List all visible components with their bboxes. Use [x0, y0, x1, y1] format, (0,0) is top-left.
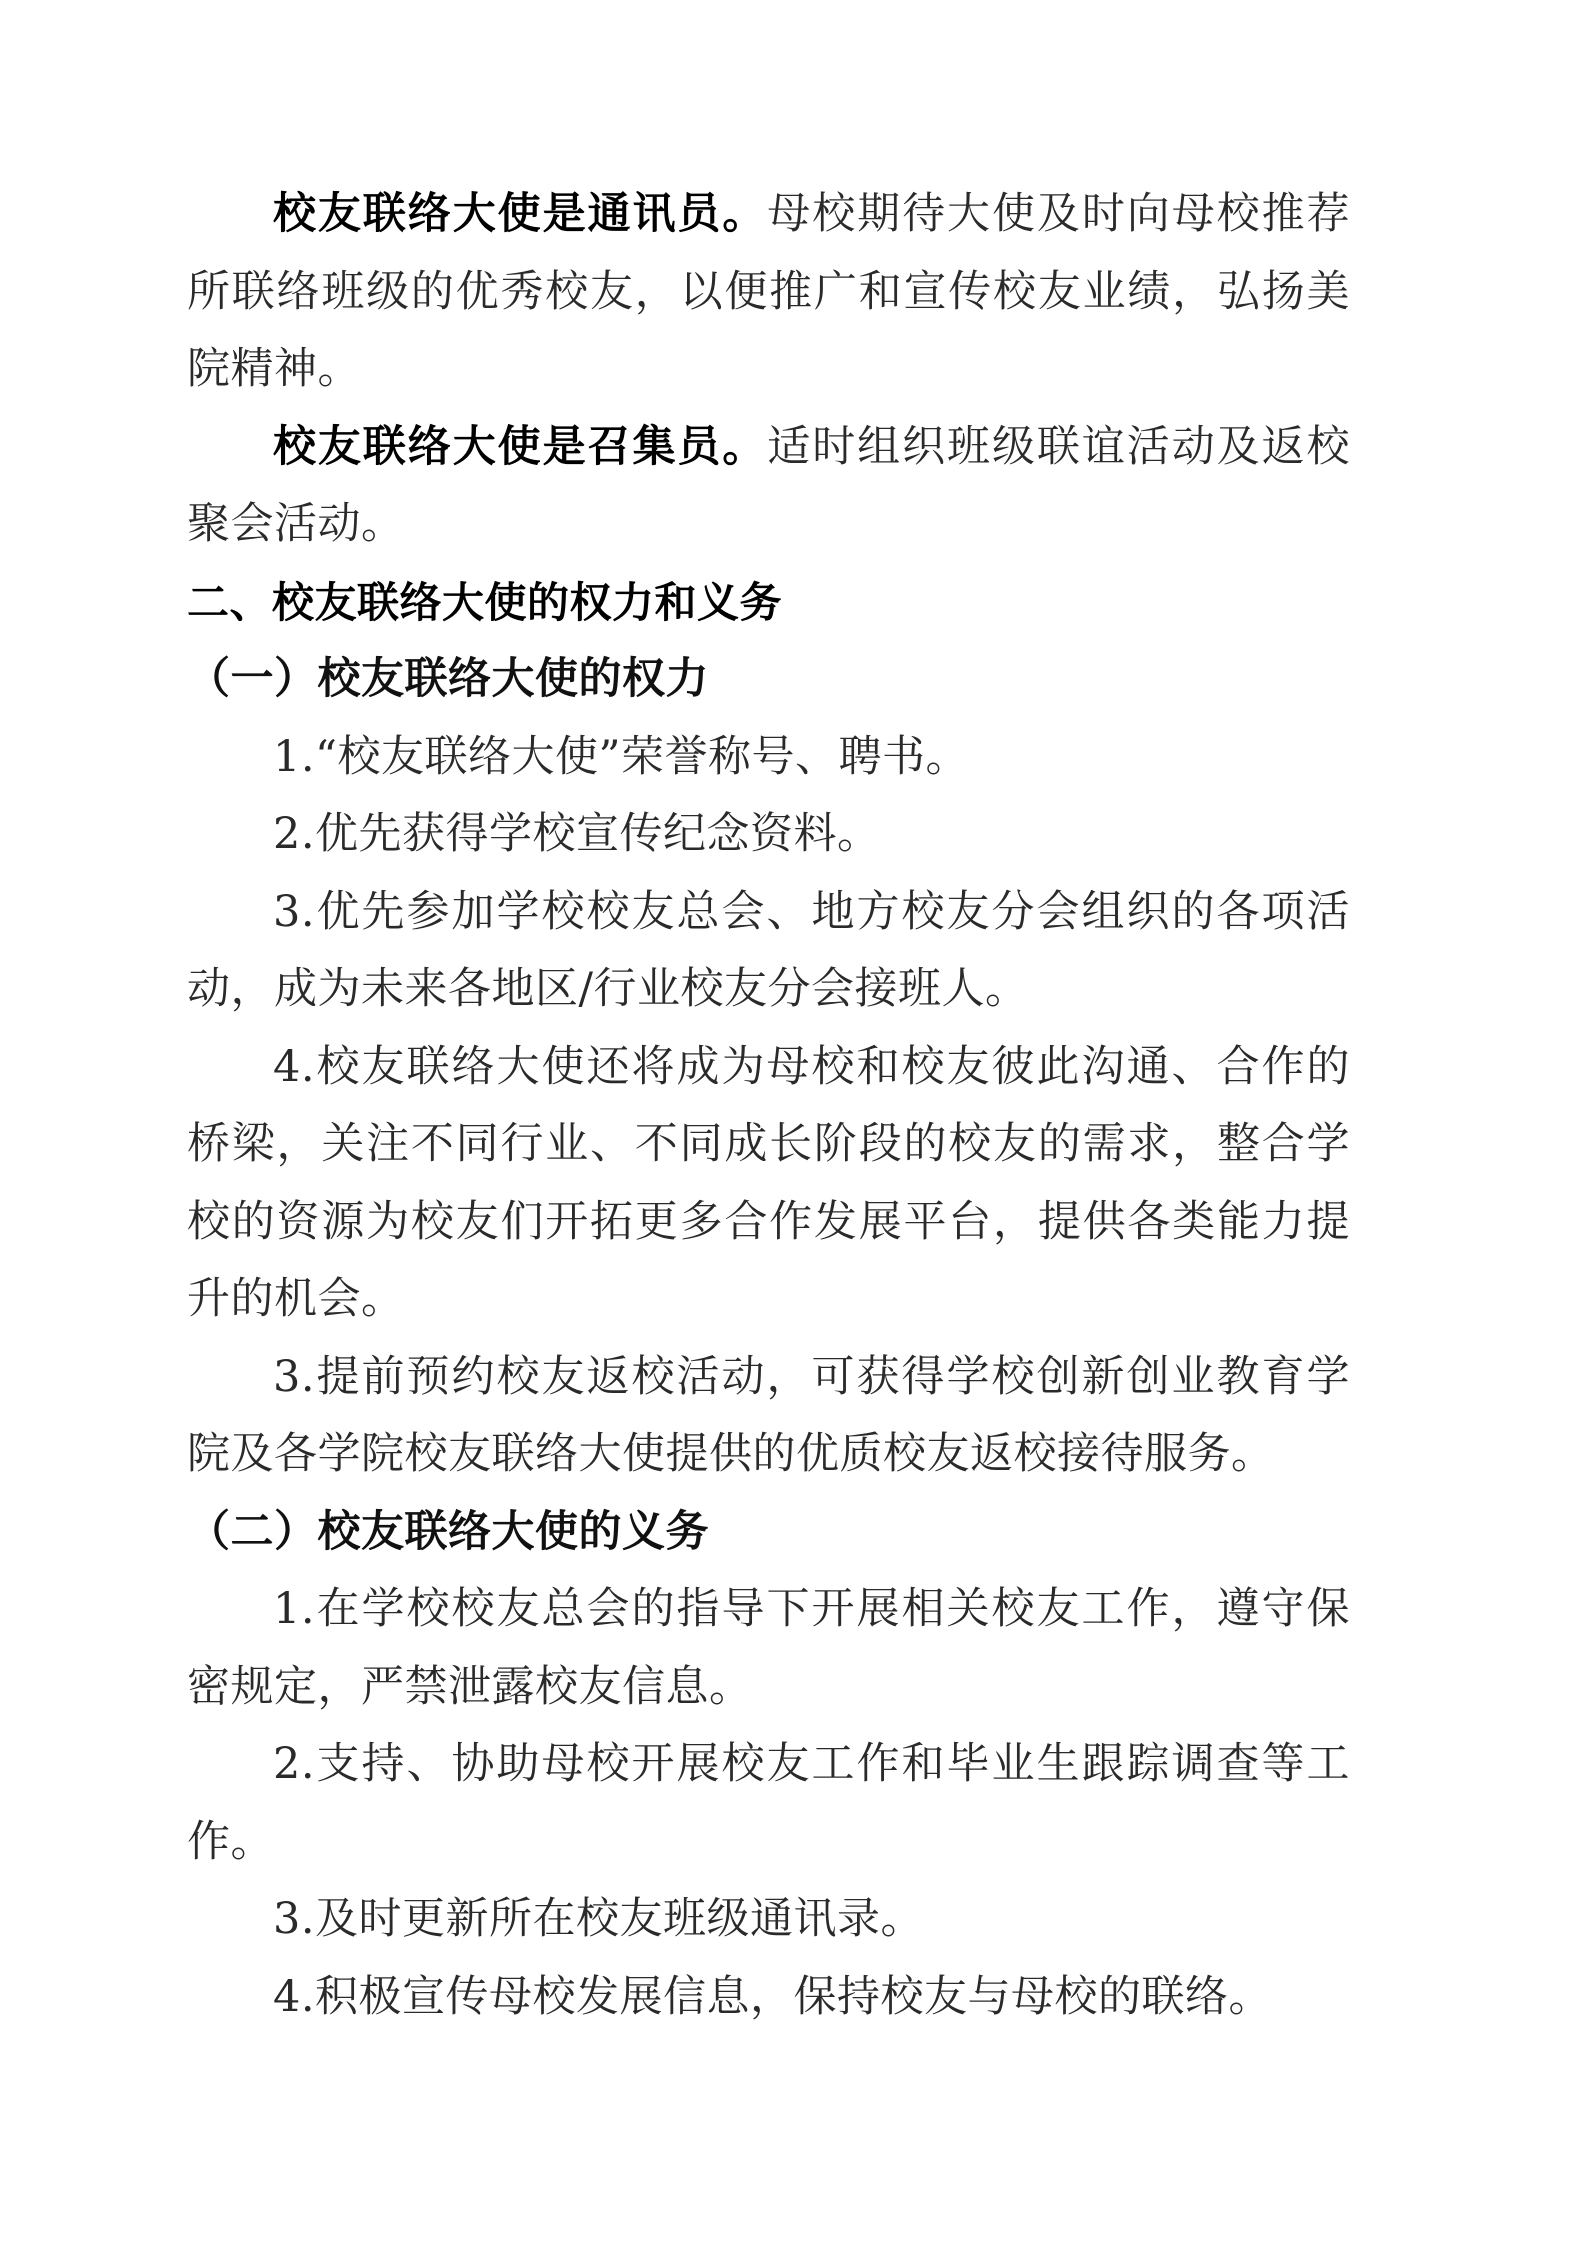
- subsection-heading-rights: （一）校友联络大使的权力: [187, 641, 1350, 719]
- paragraph-lead-bold: 校友联络大使是通讯员。: [273, 189, 767, 239]
- document-page: 校友联络大使是通讯员。母校期待大使及时向母校推荐所联络班级的优秀校友，以便推广和…: [0, 0, 1587, 2245]
- numbered-item-duties-3: 3.及时更新所在校友班级通讯录。: [187, 1881, 1350, 1959]
- numbered-item-rights-4: 4.校友联络大使还将成为母校和校友彼此沟通、合作的桥梁，关注不同行业、不同成长阶…: [187, 1029, 1350, 1339]
- numbered-item-duties-2: 2.支持、协助母校开展校友工作和毕业生跟踪调查等工作。: [187, 1726, 1350, 1881]
- paragraph-lead-bold: 校友联络大使是召集员。: [273, 422, 767, 472]
- numbered-item-duties-1: 1.在学校校友总会的指导下开展相关校友工作，遵守保密规定，严禁泄露校友信息。: [187, 1571, 1350, 1726]
- numbered-item-rights-1: 1.“校友联络大使”荣誉称号、聘书。: [187, 719, 1350, 797]
- numbered-item-duties-4: 4.积极宣传母校发展信息，保持校友与母校的联络。: [187, 1959, 1350, 2037]
- numbered-item-rights-5: 3.提前预约校友返校活动，可获得学校创新创业教育学院及各学院校友联络大使提供的优…: [187, 1339, 1350, 1494]
- body-paragraph-convener: 校友联络大使是召集员。适时组织班级联谊活动及返校聚会活动。: [187, 409, 1350, 564]
- numbered-item-rights-2: 2.优先获得学校宣传纪念资料。: [187, 796, 1350, 874]
- subsection-heading-duties: （二）校友联络大使的义务: [187, 1494, 1350, 1572]
- numbered-item-rights-3: 3.优先参加学校校友总会、地方校友分会组织的各项活动，成为未来各地区/行业校友分…: [187, 874, 1350, 1029]
- body-paragraph-messenger: 校友联络大使是通讯员。母校期待大使及时向母校推荐所联络班级的优秀校友，以便推广和…: [187, 176, 1350, 409]
- section-heading-rights-and-duties: 二、校友联络大使的权力和义务: [187, 564, 1350, 642]
